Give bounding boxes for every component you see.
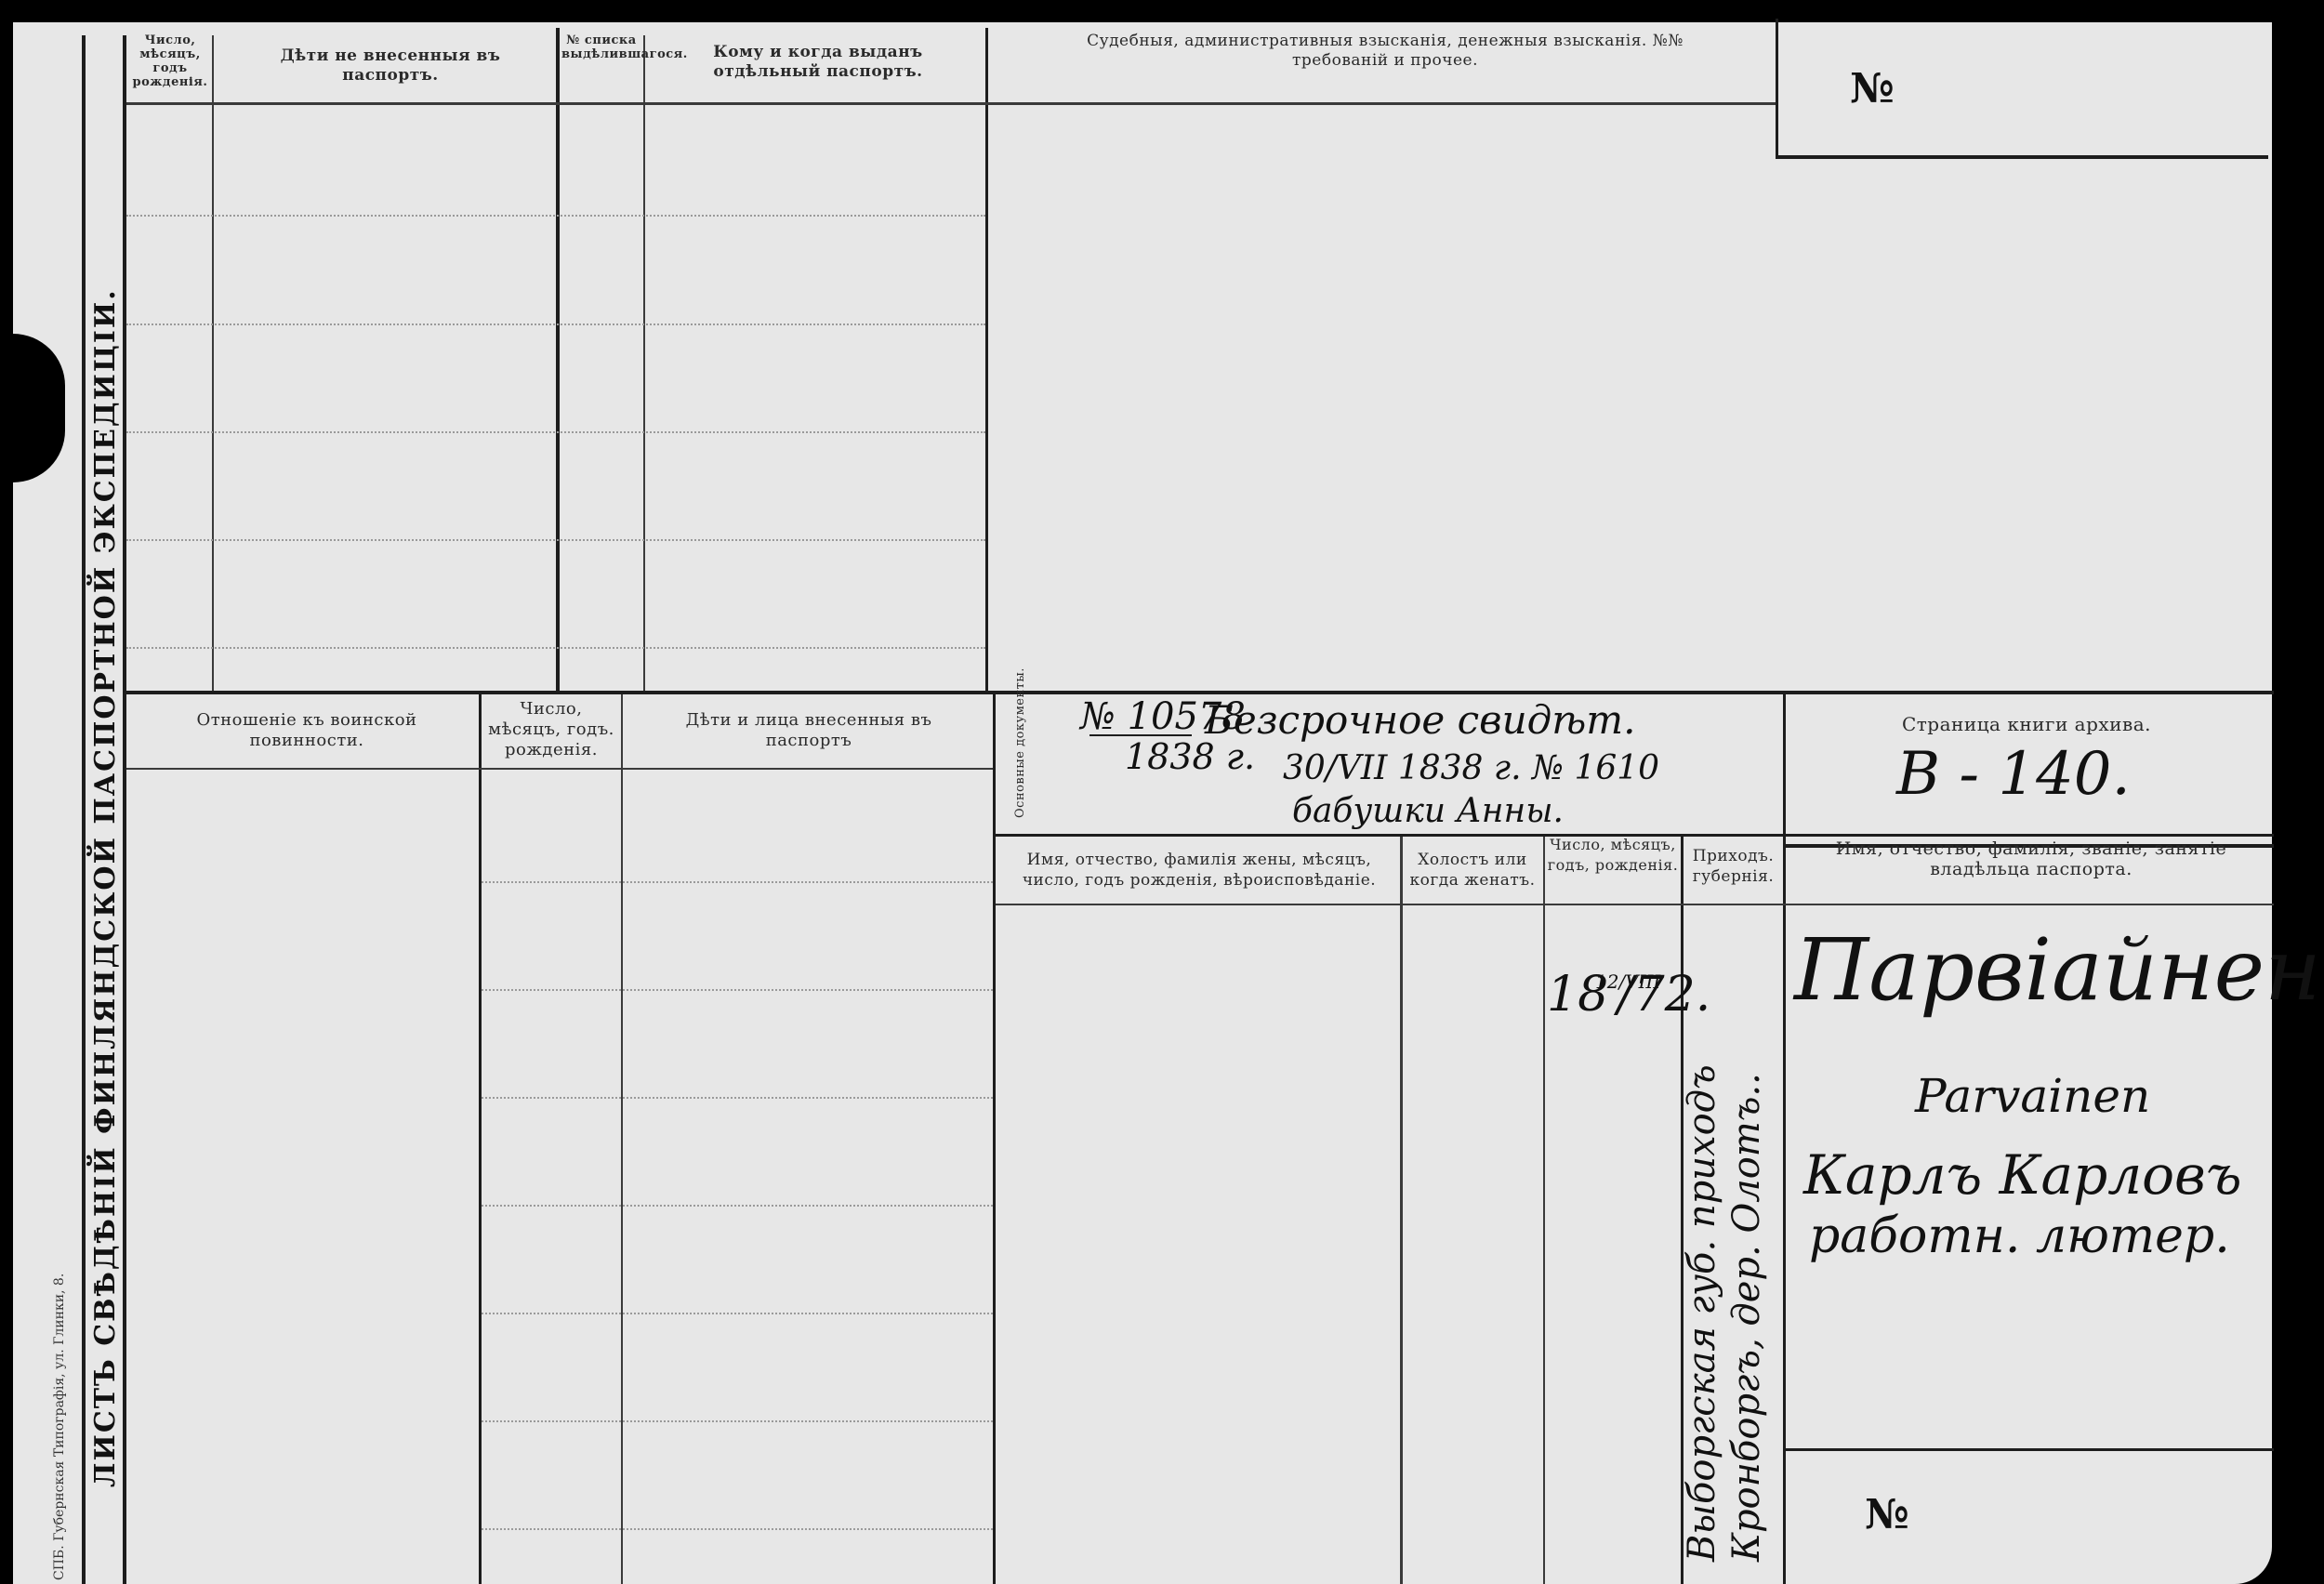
upper-col-divider-4	[985, 28, 988, 691]
upper-col-divider-1	[212, 35, 214, 691]
upper-col-divider-3	[643, 35, 645, 691]
archive-page-label: Страница книги архива.	[1794, 714, 2259, 734]
lower-col-divider-2	[621, 694, 623, 1584]
header-marital-status: Холостъ или когда женатъ.	[1404, 850, 1541, 891]
frame-line-left-inner	[123, 35, 126, 1584]
header-separate-passport: Кому и когда выданъ отдѣльный паспортъ.	[679, 43, 957, 82]
handwritten-document-type: Безсрочное свидѣт.	[1205, 697, 1635, 743]
lower-left-header-bottom	[126, 768, 993, 770]
archive-page-value: В - 140.	[1896, 740, 2131, 809]
torn-edge	[13, 334, 65, 482]
side-title: ЛИСТЪ СВѢДѢНІЙ ФИНЛЯНДСКОЙ ПАСПОРТНОЙ ЭК…	[89, 288, 122, 1487]
owner-given-names: Карлъ Карловъ	[1803, 1143, 2241, 1207]
lower-right-header-bottom	[996, 904, 2274, 905]
header-children-in-passport: Дѣти и лица внесенныя въ паспортъ	[651, 710, 967, 751]
header-military-service: Отношеніе къ воинской повинности.	[167, 710, 446, 751]
base-documents-label: Основные документы.	[1013, 697, 1027, 818]
upper-row-separator	[126, 215, 985, 217]
header-birth-date-lower: Число, мѣсяцъ, годъ. рожденія.	[482, 699, 621, 760]
header-children-not-in-passport: Дѣти не внесенныя въ паспортъ.	[279, 46, 502, 86]
lower-row-separator	[482, 989, 993, 991]
lower-col-divider-3	[993, 694, 996, 1584]
owner-parish-line1: Выборгская губ. приходъ	[1681, 1064, 1723, 1562]
lower-row-separator	[482, 1313, 993, 1314]
header-birth-date-upper: Число, мѣсяцъ, годъ рожденія.	[130, 33, 210, 89]
number-box-left-line	[1776, 19, 1778, 158]
owner-parish-line2: Кронборгъ, дер. Олотъ..	[1725, 1073, 1768, 1562]
upper-col-divider-2	[556, 28, 560, 691]
header-list-number: № списка выдѣлившагося.	[561, 33, 641, 61]
lower-right-col-divider-2	[1543, 837, 1545, 1584]
lower-row-separator	[482, 1528, 993, 1530]
upper-row-separator	[126, 431, 985, 433]
owner-surname-latin: Parvainen	[1915, 1069, 2150, 1123]
number-sign-bottom: №	[1865, 1491, 1909, 1538]
owner-occupation-religion: работн. лютер.	[1809, 1208, 2230, 1264]
upper-row-separator	[126, 647, 985, 649]
lower-row-separator	[482, 881, 993, 883]
handwritten-document-owner: бабушки Анны.	[1292, 792, 1564, 830]
lower-col-divider-1	[479, 694, 482, 1584]
upper-row-separator	[126, 539, 985, 541]
header-judicial-penalties: Судебныя, административныя взысканія, де…	[1050, 32, 1720, 71]
owner-birth-year: /72.	[1618, 967, 1710, 1023]
printer-imprint: СПБ. Губернская Типографія, ул. Глинки, …	[52, 1274, 67, 1580]
bottom-number-divider	[1786, 1448, 2274, 1451]
upper-row-separator	[126, 323, 985, 325]
middle-divider	[126, 691, 2274, 694]
header-wife-details: Имя, отчество, фамилія жены, мѣсяцъ, чис…	[1000, 850, 1398, 891]
owner-surname-cyrillic: Парвіайнен	[1794, 920, 2321, 1020]
upper-header-bottom-line	[126, 102, 1776, 105]
number-box-bottom-line	[1776, 155, 2268, 159]
header-owner-name: Имя, отчество, фамилія, званіе, занятіе …	[1794, 838, 2268, 879]
header-owner-birth-date: Число, мѣсяцъ, годъ, рожденія.	[1545, 835, 1681, 876]
lower-right-col-divider-1	[1400, 837, 1403, 1584]
frame-line-left-outer	[82, 35, 86, 1584]
header-parish-province: Приходъ. губернія.	[1684, 846, 1783, 887]
lower-row-separator	[482, 1205, 993, 1207]
handwritten-document-date: 30/VII 1838 г. № 1610	[1283, 749, 1659, 787]
lower-row-separator	[482, 1420, 993, 1422]
number-sign-top: №	[1850, 65, 1895, 112]
lower-row-separator	[482, 1097, 993, 1099]
